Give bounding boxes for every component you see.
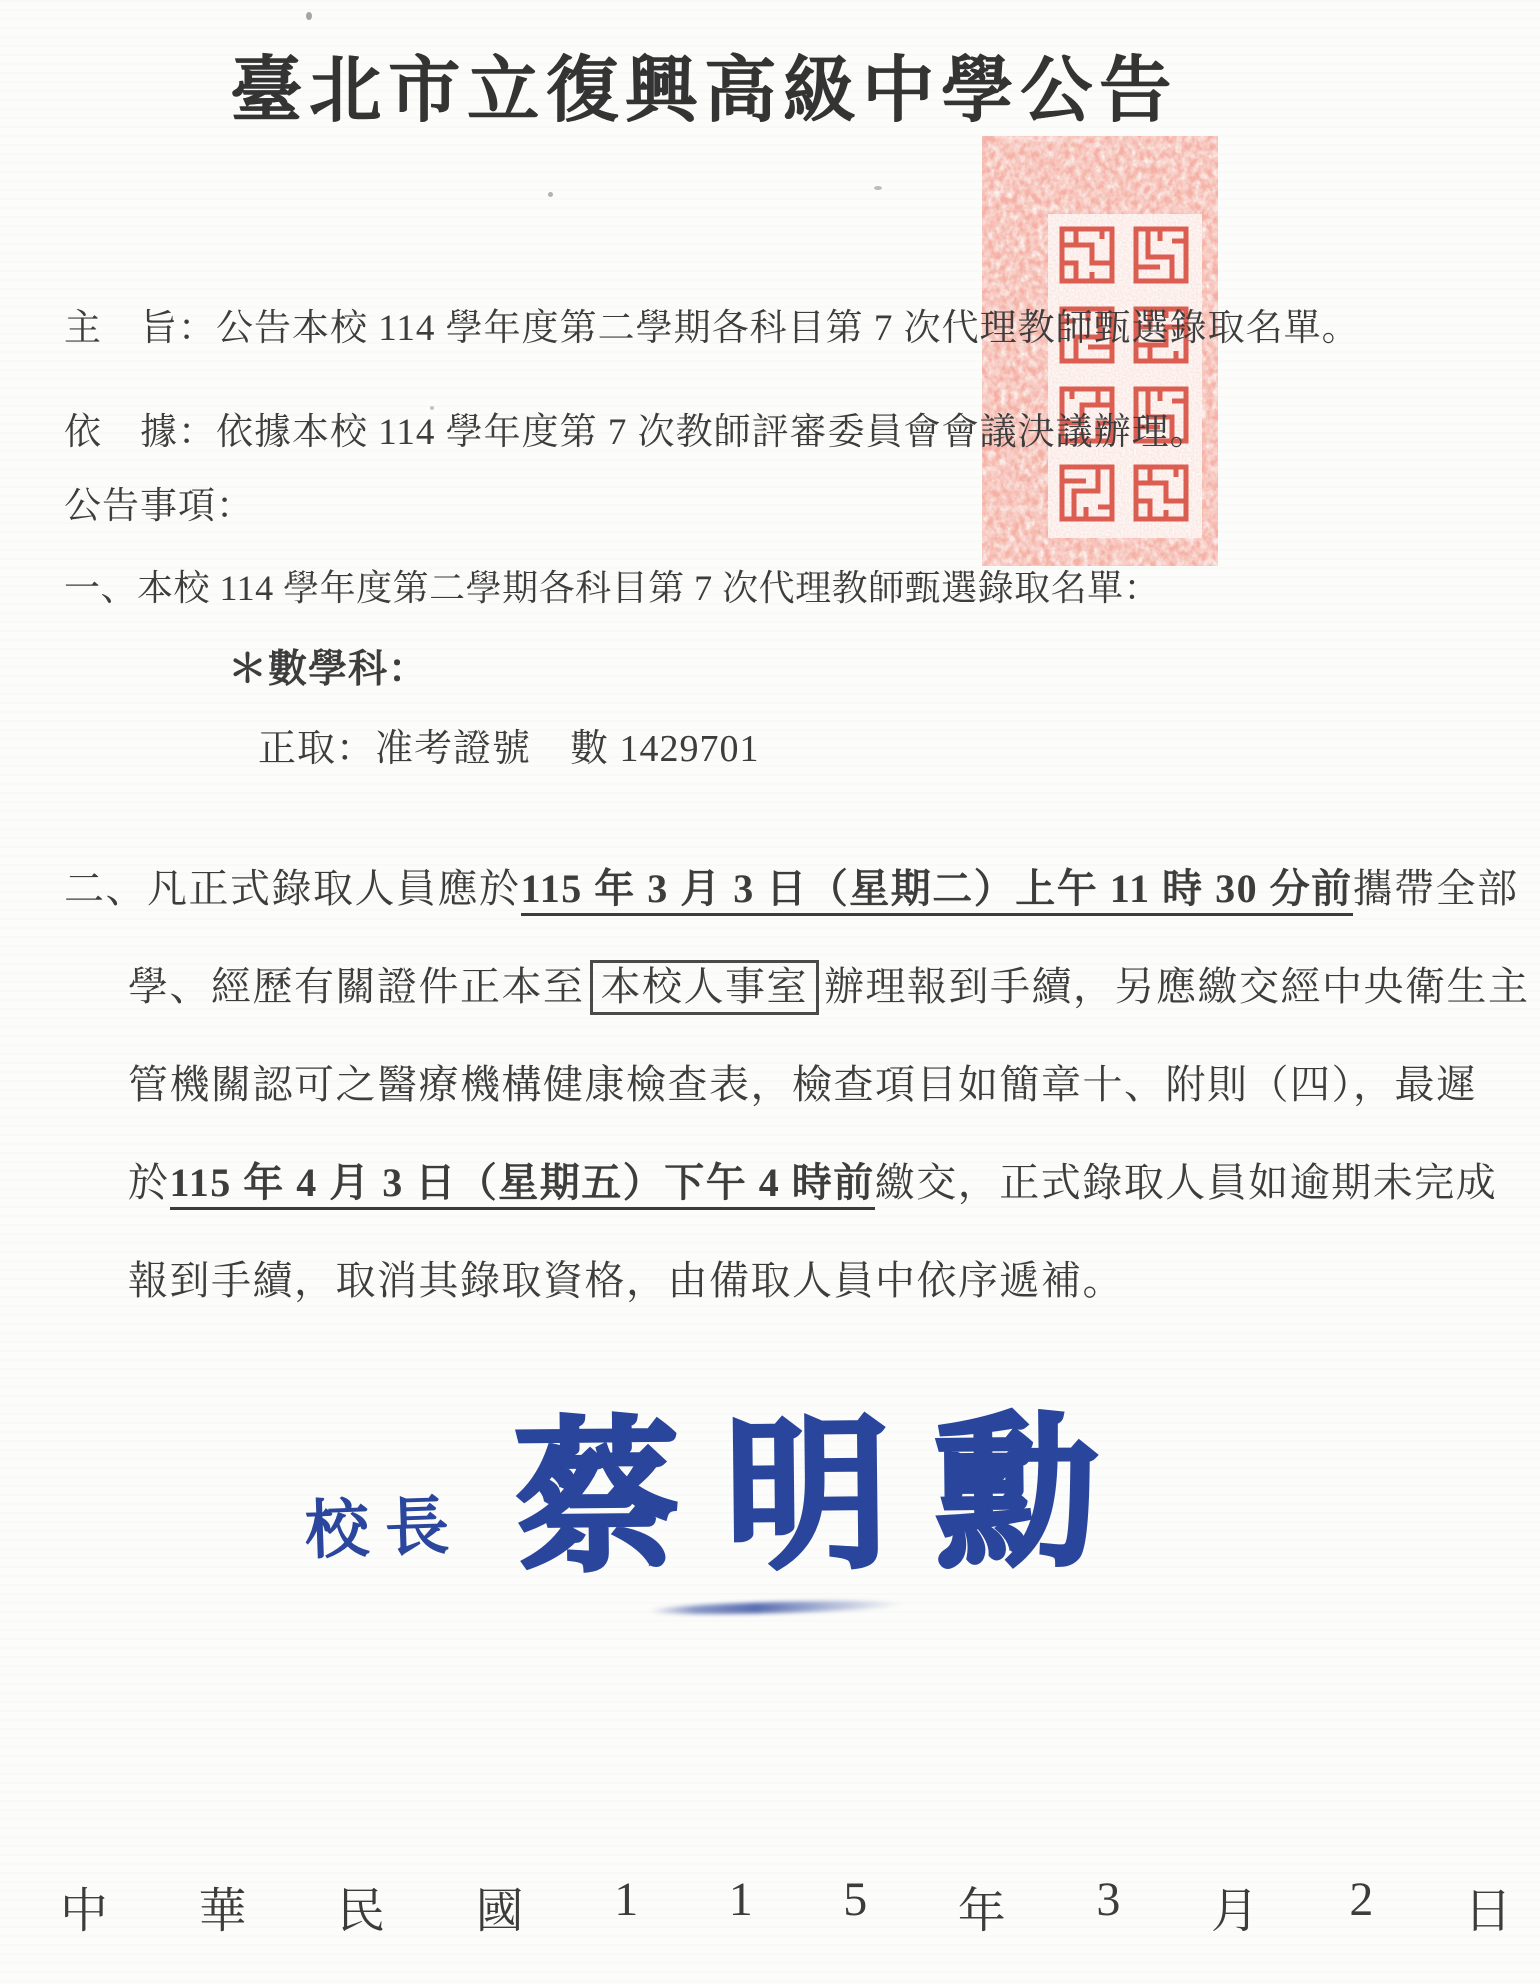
principal-role-label: 校長 (304, 1489, 466, 1568)
item2-line1-prefix: 二、凡正式錄取人員應於 (64, 866, 521, 911)
item2-line2-suffix: 辦理報到手續，另應繳交經中央衛生主 (824, 964, 1530, 1009)
scan-speck (306, 12, 312, 20)
date-char: 3 (1096, 1872, 1120, 1941)
basis-line: 依 據：依據本校 114 學年度第 7 次教師評審委員會會議決議辦理。 (64, 412, 1208, 455)
item2-line5: 報到手續，取消其錄取資格，由備取人員中依序遞補。 (128, 1258, 1124, 1304)
deadline-report: 115 年 3 月 3 日（星期二）上午 11 時 30 分前 (521, 866, 1353, 916)
item2-line4-suffix: 繳交，正式錄取人員如逾期未完成 (875, 1160, 1498, 1205)
date-char: 1 (729, 1872, 753, 1941)
date-char: 華 (199, 1872, 247, 1941)
deadline-health-check: 115 年 4 月 3 日（星期五）下午 4 時前 (170, 1160, 875, 1210)
scan-speck (874, 186, 882, 190)
personnel-office-box: 本校人事室 (590, 960, 820, 1015)
date-char: 中 (60, 1872, 108, 1941)
math-section-label: ＊數學科： (228, 648, 428, 693)
date-char: 月 (1211, 1872, 1259, 1941)
date-char: 1 (614, 1872, 638, 1941)
date-char: 5 (843, 1872, 867, 1941)
item2-line3: 管機關認可之醫療機構健康檢查表，檢查項目如簡章十、附則（四），最遲 (128, 1062, 1478, 1108)
date-char: 日 (1464, 1872, 1512, 1941)
item2-line2-prefix: 學、經歷有關證件正本至 (128, 964, 585, 1009)
subject-line: 主 旨：公告本校 114 學年度第二學期各科目第 7 次代理教師甄選錄取名單。 (64, 308, 1360, 351)
date-char: 2 (1349, 1872, 1373, 1941)
official-seal-stamp (982, 136, 1218, 566)
item2-line1-suffix: 攜帶全部 (1353, 866, 1519, 911)
item2-line4-prefix: 於 (128, 1160, 170, 1205)
seal-graphic (982, 136, 1218, 566)
announcement-heading: 公告事項： (64, 486, 254, 529)
item2-line2: 學、經歷有關證件正本至本校人事室辦理報到手續，另應繳交經中央衛生主 (128, 964, 1530, 1010)
admitted-line: 正取：准考證號 數 1429701 (258, 728, 760, 772)
item2-line1: 二、凡正式錄取人員應於115 年 3 月 3 日（星期二）上午 11 時 30 … (64, 866, 1519, 912)
signature-ink-smudge (648, 1598, 904, 1616)
date-line: 中 華 民 國 1 1 5 年 3 月 2 日 (60, 1872, 1512, 1941)
item1-line: 一、本校 114 學年度第二學期各科目第 7 次代理教師甄選錄取名單： (64, 568, 1160, 609)
date-char: 年 (958, 1872, 1006, 1941)
item2-line4: 於115 年 4 月 3 日（星期五）下午 4 時前繳交，正式錄取人員如逾期未完… (128, 1160, 1497, 1206)
scan-speck (430, 406, 434, 410)
principal-name-stamp: 蔡明勳 (514, 1409, 1146, 1588)
date-char: 國 (476, 1872, 524, 1941)
scan-speck (548, 192, 553, 197)
document-title: 臺北市立復興高級中學公告 (230, 54, 1178, 130)
date-char: 民 (337, 1872, 385, 1941)
